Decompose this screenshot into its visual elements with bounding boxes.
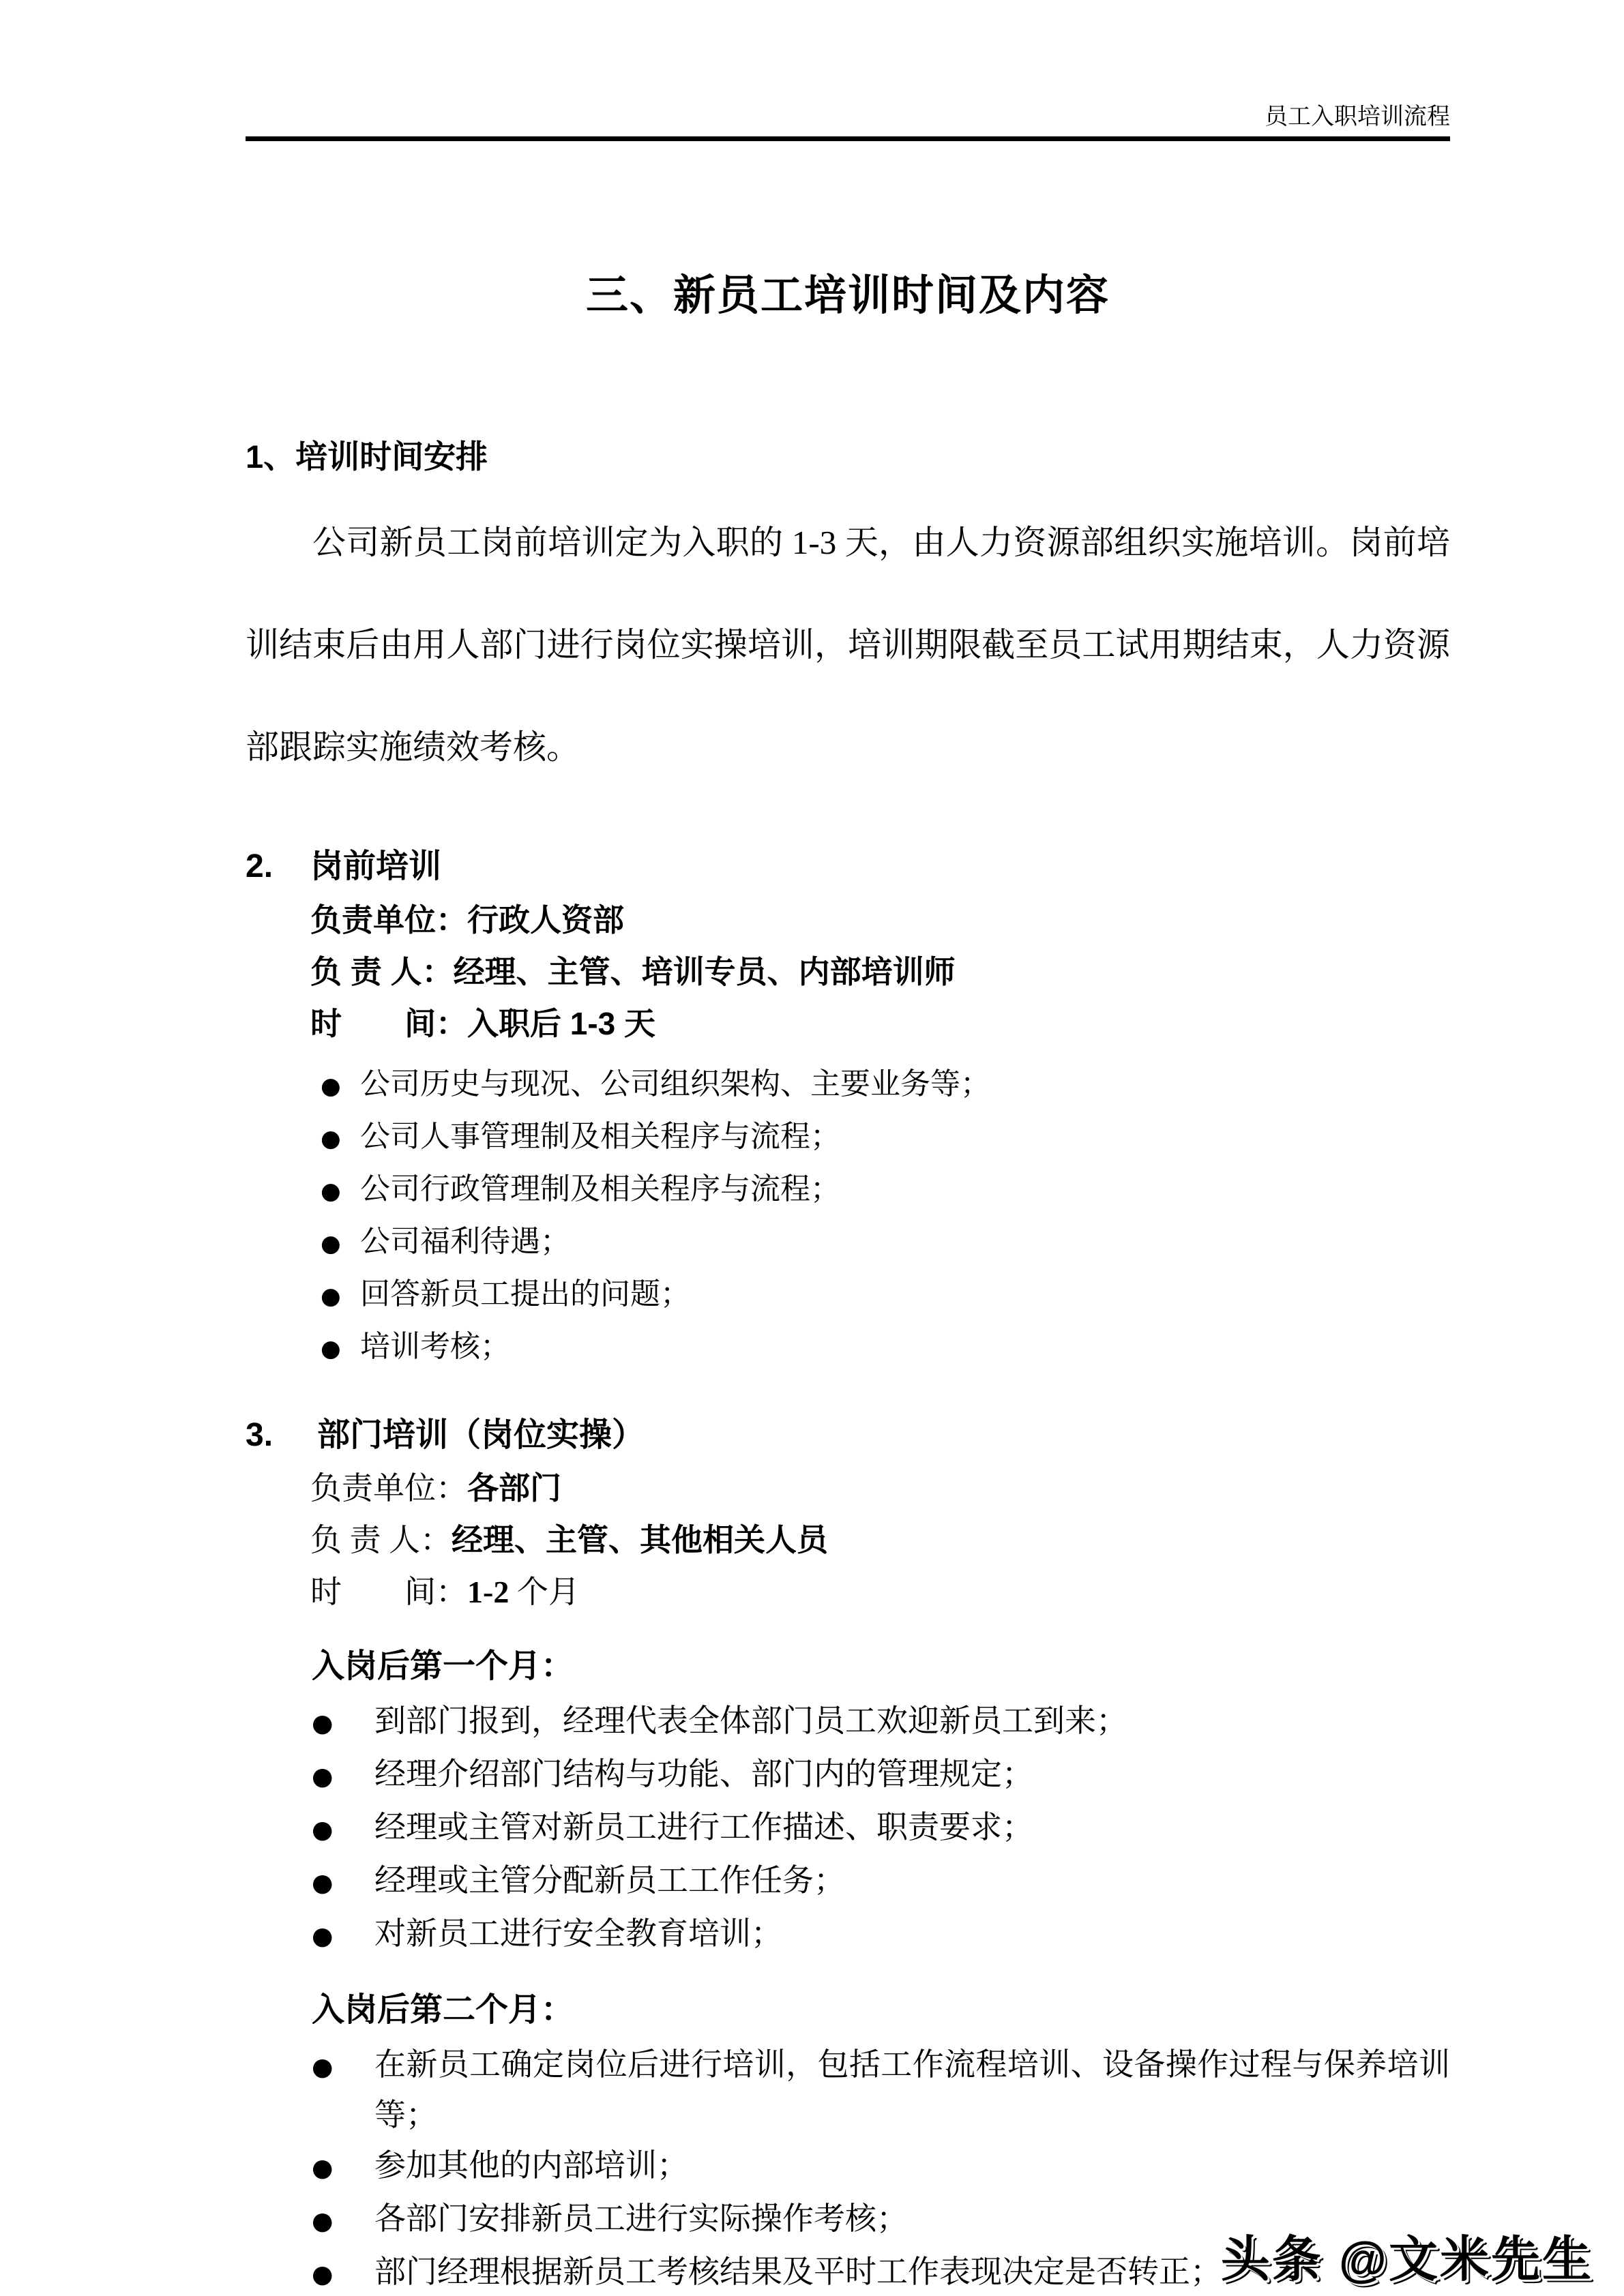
detail-value: 经理、主管、培训专员、内部培训师: [454, 954, 956, 989]
bullet-dot-icon: ●: [312, 1805, 374, 1855]
detail-row: 时 间：1-2 个月: [310, 1566, 1450, 1618]
detail-row: 负责单位：各部门: [310, 1463, 1450, 1515]
list-item-text: 经理或主管分配新员工工作任务；: [374, 1855, 1450, 1906]
month1-bullet-list: ● 到部门报到，经理代表全体部门员工欢迎新员工到来； ● 经理介绍部门结构与功能…: [312, 1696, 1450, 1962]
detail-label: 负 责 人：: [310, 1523, 452, 1557]
section1-heading: 1、培训时间安排: [246, 437, 1450, 477]
detail-value: 行政人资部: [467, 902, 624, 938]
list-item: ● 经理介绍部门结构与功能、部门内的管理规定；: [312, 1749, 1450, 1802]
list-item: ● 对新员工进行安全教育培训；: [312, 1909, 1450, 1962]
detail-row: 负 责 人：经理、主管、培训专员、内部培训师: [310, 946, 1450, 998]
list-item: ● 参加其他的内部培训；: [312, 2141, 1450, 2194]
month2-heading: 入岗后第二个月：: [312, 1989, 1450, 2031]
bullet-dot-icon: ●: [321, 1166, 360, 1217]
list-item-text: 对新员工进行安全教育培训；: [374, 1909, 1450, 1959]
header-rule: [246, 136, 1450, 141]
detail-value: 个月: [509, 1575, 580, 1609]
bullet-dot-icon: ●: [321, 1324, 360, 1374]
list-item: ● 培训考核；: [321, 1322, 1450, 1374]
list-item-text: 公司福利待遇；: [360, 1217, 1450, 1267]
list-item: ● 在新员工确定岗位后进行培训，包括工作流程培训、设备操作过程与保养培训等；: [312, 2040, 1450, 2141]
section1-paragraph: 公司新员工岗前培训定为入职的 1-3 天，由人力资源部组织实施培训。岗前培训结束…: [246, 492, 1450, 799]
list-item-text: 公司行政管理制及相关程序与流程；: [360, 1164, 1450, 1214]
list-item-text: 在新员工确定岗位后进行培训，包括工作流程培训、设备操作过程与保养培训等；: [374, 2040, 1450, 2141]
list-item: ● 公司人事管理制及相关程序与流程；: [321, 1112, 1450, 1164]
section2-heading: 2. 岗前培训: [246, 846, 1450, 887]
list-item-text: 经理或主管对新员工进行工作描述、职责要求；: [374, 1802, 1450, 1853]
document-page: 员工入职培训流程 三、新员工培训时间及内容 1、培训时间安排 公司新员工岗前培训…: [0, 0, 1624, 2296]
detail-label: 负责单位：: [310, 1471, 467, 1506]
detail-row: 负 责 人：经理、主管、其他相关人员: [310, 1515, 1450, 1566]
bullet-dot-icon: ●: [312, 1752, 374, 1802]
list-item-text: 公司历史与现况、公司组织架构、主要业务等；: [360, 1059, 1450, 1109]
list-item-text: 参加其他的内部培训；: [374, 2141, 1450, 2191]
detail-label: 负责单位：: [310, 902, 467, 938]
list-item: ● 经理或主管分配新员工工作任务；: [312, 1855, 1450, 1909]
bullet-dot-icon: ●: [312, 2196, 374, 2247]
section3-details: 负责单位：各部门 负 责 人：经理、主管、其他相关人员 时 间：1-2 个月: [310, 1463, 1450, 1618]
detail-value-strong: 1-2: [467, 1575, 509, 1609]
bullet-dot-icon: ●: [321, 1061, 360, 1112]
detail-label: 时 间：: [310, 1575, 467, 1609]
list-item: ● 到部门报到，经理代表全体部门员工欢迎新员工到来；: [312, 1696, 1450, 1749]
section3-heading: 3. 部门培训（岗位实操）: [246, 1415, 1450, 1456]
detail-value: 经理、主管、其他相关人员: [452, 1523, 828, 1557]
detail-row: 负责单位：行政人资部: [310, 894, 1450, 946]
list-item-text: 培训考核；: [360, 1322, 1450, 1372]
section2-details: 负责单位：行政人资部 负 责 人：经理、主管、培训专员、内部培训师 时 间：入职…: [310, 894, 1450, 1049]
bullet-dot-icon: ●: [312, 1699, 374, 1749]
bullet-dot-icon: ●: [312, 2143, 374, 2194]
section2-number: 2.: [246, 846, 310, 887]
bullet-dot-icon: ●: [321, 1114, 360, 1164]
list-item: ● 经理或主管对新员工进行工作描述、职责要求；: [312, 1802, 1450, 1855]
section2-heading-label: 岗前培训: [310, 846, 441, 887]
bullet-dot-icon: ●: [312, 2250, 374, 2296]
list-item-text: 回答新员工提出的问题；: [360, 1269, 1450, 1320]
detail-value: 入职后 1-3 天: [467, 1006, 655, 1041]
detail-value: 各部门: [467, 1471, 561, 1506]
list-item: ● 公司行政管理制及相关程序与流程；: [321, 1164, 1450, 1217]
header-title: 员工入职培训流程: [1265, 104, 1450, 130]
section3-number: 3.: [246, 1415, 317, 1456]
bullet-dot-icon: ●: [312, 1911, 374, 1962]
month1-heading: 入岗后第一个月：: [312, 1645, 1450, 1688]
section3-heading-label: 部门培训（岗位实操）: [317, 1415, 645, 1456]
bullet-dot-icon: ●: [312, 1858, 374, 1909]
list-item: ● 公司福利待遇；: [321, 1217, 1450, 1269]
list-item-text: 经理介绍部门结构与功能、部门内的管理规定；: [374, 1749, 1450, 1800]
list-item: ● 回答新员工提出的问题；: [321, 1269, 1450, 1322]
detail-label: 负 责 人：: [310, 954, 454, 989]
bullet-dot-icon: ●: [321, 1271, 360, 1322]
detail-label: 时 间：: [310, 1006, 467, 1041]
bullet-dot-icon: ●: [321, 1219, 360, 1269]
bullet-dot-icon: ●: [312, 2042, 374, 2093]
list-item-text: 公司人事管理制及相关程序与流程；: [360, 1112, 1450, 1162]
detail-row: 时 间：入职后 1-3 天: [310, 998, 1450, 1049]
page-header: 员工入职培训流程: [246, 0, 1450, 132]
section2-bullet-list: ● 公司历史与现况、公司组织架构、主要业务等； ● 公司人事管理制及相关程序与流…: [321, 1059, 1450, 1374]
list-item: ● 公司历史与现况、公司组织架构、主要业务等；: [321, 1059, 1450, 1112]
document-title: 三、新员工培训时间及内容: [246, 271, 1450, 321]
watermark: 头条 @文米先生: [1221, 2220, 1593, 2291]
list-item-text: 到部门报到，经理代表全体部门员工欢迎新员工到来；: [374, 1696, 1450, 1746]
